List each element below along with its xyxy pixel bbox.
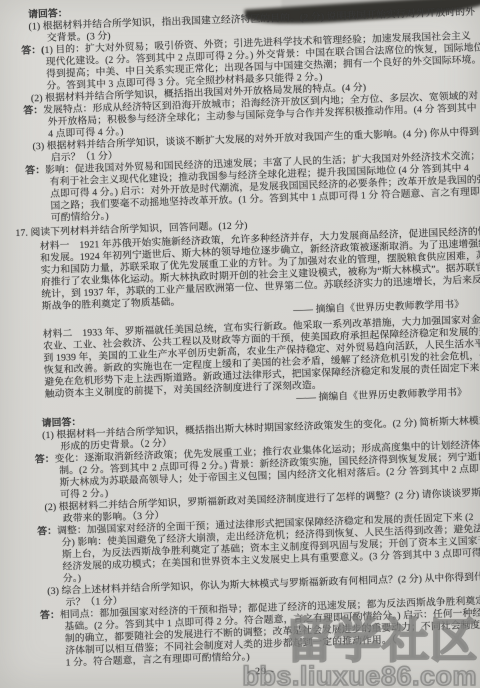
document-text: 请回答：(1) 根据材料并结合所学知识，指出我国建立经济特区的目的。(2 分) … [12,0,480,686]
scanned-exam-page: 请回答：(1) 根据材料并结合所学知识，指出我国建立经济特区的目的。(2 分) … [0,0,480,688]
